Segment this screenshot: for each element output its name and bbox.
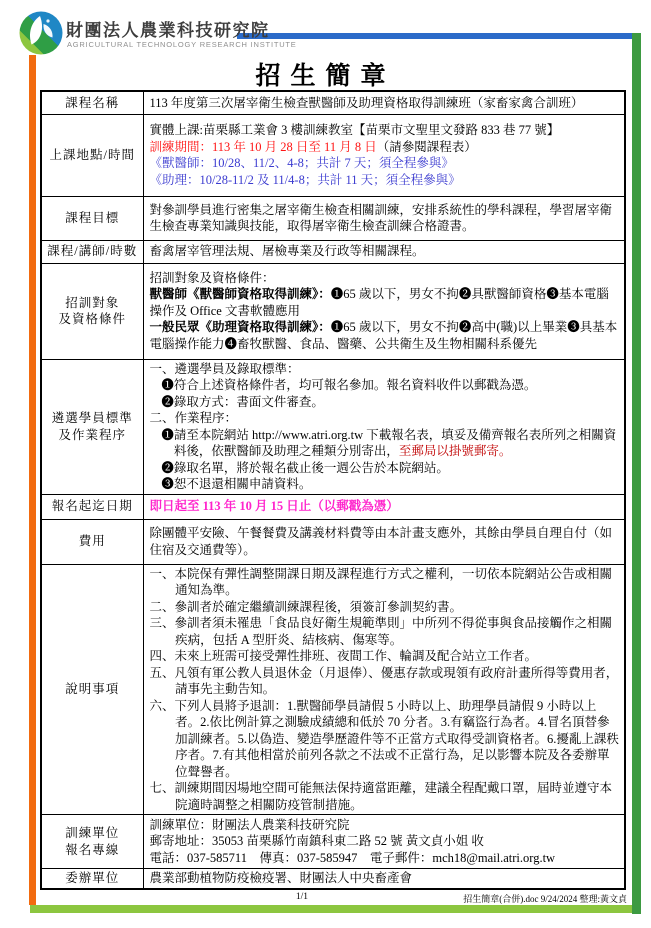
info-table-body: 課程名稱113 年度第三次屠宰衛生檢查獸醫師及助理資格取得訓練班（家畜家禽合訓班… bbox=[41, 91, 625, 889]
paragraph: ❷錄取方式：書面文件審查。 bbox=[161, 394, 620, 411]
text-segment: 一、遴選學員及錄取標準： bbox=[150, 362, 300, 376]
text-segment: 即日起至 113 年 10 月 15 日止（以郵戳為憑） bbox=[150, 499, 399, 513]
text-segment: 五、凡領有軍公教人員退休金（月退俸）、優惠存款或現領有政府計畫所得等費用者，請事… bbox=[150, 666, 619, 697]
paragraph: 畜禽屠宰管理法規、屠檢專業及行政等相關課程。 bbox=[150, 243, 621, 260]
paragraph: 即日起至 113 年 10 月 15 日止（以郵戳為憑） bbox=[150, 498, 621, 515]
text-segment: 訓練單位：財團法人農業科技研究院 bbox=[150, 818, 350, 832]
text-segment: 除團體平安險、午餐餐費及講義材料費等由本計畫支應外，其餘由學員自理自付（如住宿及… bbox=[150, 526, 613, 557]
row-label: 說明事項 bbox=[41, 564, 143, 815]
text-segment: 招訓對象及資格條件： bbox=[150, 271, 275, 285]
row-label: 費用 bbox=[41, 519, 143, 564]
document-page: 財團法人農業科技研究院 AGRICULTURAL TECHNOLOGY RESE… bbox=[0, 0, 651, 928]
text-segment: 訓練期間：113 年 10 月 28 日至 11 月 8 日 bbox=[150, 140, 377, 154]
row-label: 招訓對象及資格條件 bbox=[41, 263, 143, 359]
row-content: 訓練單位：財團法人農業科技研究院郵寄地址：35053 苗栗縣竹南鎮科東二路 52… bbox=[143, 815, 625, 869]
bottom-green-bar bbox=[30, 905, 632, 913]
atri-logo-icon bbox=[19, 11, 63, 55]
row-label: 委辦單位 bbox=[41, 869, 143, 889]
paragraph: ❶請至本院網站 http://www.atri.org.tw 下載報名表，填妥及… bbox=[161, 427, 620, 460]
paragraph: 五、凡領有軍公教人員退休金（月退俸）、優惠存款或現領有政府計畫所得等費用者，請事… bbox=[150, 665, 621, 698]
row-content: 實體上課:苗栗縣工業會 3 樓訓練教室【苗栗市文聖里文發路 833 巷 77 號… bbox=[143, 114, 625, 196]
text-segment: ❶符合上述資格條件者，均可報名參加。報名資料收件以郵戳為憑。 bbox=[161, 378, 536, 392]
row-content: 畜禽屠宰管理法規、屠檢專業及行政等相關課程。 bbox=[143, 240, 625, 263]
text-segment: 畜禽屠宰管理法規、屠檢專業及行政等相關課程。 bbox=[150, 244, 425, 258]
table-row: 說明事項一、本院保有彈性調整開課日期及課程進行方式之權利，一切依本院網站公告或相… bbox=[41, 564, 625, 815]
paragraph: 二、作業程序： bbox=[150, 410, 621, 427]
text-segment: 三、參訓者須未罹患「食品良好衛生規範準則」中所列不得從事與食品接觸作之相關疾病，… bbox=[150, 616, 613, 647]
paragraph: 對參訓學員進行密集之屠宰衛生檢查相關訓練，安排系統性的學科課程，學習屠宰衛生檢查… bbox=[150, 202, 621, 235]
text-segment: 一般民眾《助理資格取得訓練》： bbox=[150, 320, 331, 334]
paragraph: 郵寄地址：35053 苗栗縣竹南鎮科東二路 52 號 黃文貞小姐 收 bbox=[150, 833, 621, 850]
text-segment: ❷錄取方式：書面文件審查。 bbox=[161, 395, 324, 409]
paragraph: 《獸醫師：10/28、11/2、4-8；共計 7 天；須全程參與》 bbox=[150, 155, 621, 172]
paragraph: 獸醫師《獸醫師資格取得訓練》：❶65 歲以下，男女不拘❷具獸醫師資格❸基本電腦操… bbox=[150, 286, 621, 319]
row-label: 課程名稱 bbox=[41, 91, 143, 114]
text-segment: 實體上課:苗栗縣工業會 3 樓訓練教室【苗栗市文聖里文發路 833 巷 77 號… bbox=[150, 123, 560, 137]
paragraph: 招訓對象及資格條件： bbox=[150, 270, 621, 287]
row-label: 課程/講師/時數 bbox=[41, 240, 143, 263]
table-row: 報名起迄日期即日起至 113 年 10 月 15 日止（以郵戳為憑） bbox=[41, 494, 625, 519]
text-segment: （請參閱課程表） bbox=[377, 140, 477, 154]
text-segment: 六、下列人員將予退訓：1.獸醫師學員請假 5 小時以上、助理學員請假 9 小時以… bbox=[150, 699, 619, 779]
text-segment: 郵寄地址：35053 苗栗縣竹南鎮科東二路 52 號 黃文貞小姐 收 bbox=[150, 834, 484, 848]
row-label: 上課地點/時間 bbox=[41, 114, 143, 196]
text-segment: ❸恕不退還相關申請資料。 bbox=[161, 477, 311, 491]
paragraph: 訓練期間：113 年 10 月 28 日至 11 月 8 日（請參閱課程表） bbox=[150, 139, 621, 156]
paragraph: 《助理：10/28-11/2 及 11/4-8；共計 11 天；須全程參與》 bbox=[150, 172, 621, 189]
paragraph: 113 年度第三次屠宰衛生檢查獸醫師及助理資格取得訓練班（家畜家禽合訓班） bbox=[150, 95, 621, 112]
paragraph: 除團體平安險、午餐餐費及講義材料費等由本計畫支應外，其餘由學員自理自付（如住宿及… bbox=[150, 525, 621, 558]
text-segment: 對參訓學員進行密集之屠宰衛生檢查相關訓練，安排系統性的學科課程，學習屠宰衛生檢查… bbox=[150, 203, 613, 234]
row-content: 招訓對象及資格條件：獸醫師《獸醫師資格取得訓練》：❶65 歲以下，男女不拘❷具獸… bbox=[143, 263, 625, 359]
row-label: 訓練單位報名專線 bbox=[41, 815, 143, 869]
table-row: 費用除團體平安險、午餐餐費及講義材料費等由本計畫支應外，其餘由學員自理自付（如住… bbox=[41, 519, 625, 564]
paragraph: 農業部動植物防疫檢疫署、財團法人中央畜產會 bbox=[150, 870, 621, 887]
table-row: 訓練單位報名專線訓練單位：財團法人農業科技研究院郵寄地址：35053 苗栗縣竹南… bbox=[41, 815, 625, 869]
text-segment: 四、未來上班需可接受彈性排班、夜間工作、輪調及配合站立工作者。 bbox=[150, 649, 538, 663]
right-green-bar bbox=[632, 33, 641, 914]
org-name-en: AGRICULTURAL TECHNOLOGY RESEARCH INSTITU… bbox=[67, 40, 297, 49]
paragraph: 六、下列人員將予退訓：1.獸醫師學員請假 5 小時以上、助理學員請假 9 小時以… bbox=[150, 698, 621, 781]
row-label: 課程目標 bbox=[41, 196, 143, 240]
paragraph: 電話：037-585711 傳真：037-585947 電子郵件：mch18@m… bbox=[150, 850, 621, 867]
paragraph: 二、參訓者於確定繼續訓練課程後，須簽訂參訓契約書。 bbox=[150, 599, 621, 616]
paragraph: 一、遴選學員及錄取標準： bbox=[150, 361, 621, 378]
text-segment: 《獸醫師：10/28、11/2、4-8；共計 7 天；須全程參與》 bbox=[150, 156, 454, 170]
paragraph: ❶符合上述資格條件者，均可報名參加。報名資料收件以郵戳為憑。 bbox=[161, 377, 620, 394]
row-content: 農業部動植物防疫檢疫署、財團法人中央畜產會 bbox=[143, 869, 625, 889]
paragraph: 三、參訓者須未罹患「食品良好衛生規範準則」中所列不得從事與食品接觸作之相關疾病，… bbox=[150, 615, 621, 648]
table-row: 上課地點/時間實體上課:苗栗縣工業會 3 樓訓練教室【苗栗市文聖里文發路 833… bbox=[41, 114, 625, 196]
text-segment: 獸醫師《獸醫師資格取得訓練》： bbox=[150, 287, 331, 301]
text-segment: 電話：037-585711 傳真：037-585947 電子郵件：mch18@m… bbox=[150, 851, 556, 865]
row-content: 一、本院保有彈性調整開課日期及課程進行方式之權利，一切依本院網站公告或相關通知為… bbox=[143, 564, 625, 815]
text-segment: 113 年度第三次屠宰衛生檢查獸醫師及助理資格取得訓練班（家畜家禽合訓班） bbox=[150, 96, 584, 110]
top-blue-line bbox=[237, 33, 641, 39]
text-segment: 農業部動植物防疫檢疫署、財團法人中央畜產會 bbox=[150, 871, 413, 885]
paragraph: 四、未來上班需可接受彈性排班、夜間工作、輪調及配合站立工作者。 bbox=[150, 648, 621, 665]
row-content: 對參訓學員進行密集之屠宰衛生檢查相關訓練，安排系統性的學科課程，學習屠宰衛生檢查… bbox=[143, 196, 625, 240]
text-segment: 二、參訓者於確定繼續訓練課程後，須簽訂參訓契約書。 bbox=[150, 600, 463, 614]
left-orange-bar bbox=[29, 55, 36, 905]
text-segment: 七、訓練期間因場地空間可能無法保持適當距離，建議全程配戴口罩，屆時並遵守本院適時… bbox=[150, 781, 613, 812]
row-content: 即日起至 113 年 10 月 15 日止（以郵戳為憑） bbox=[143, 494, 625, 519]
paragraph: ❷錄取名單，將於報名截止後一週公告於本院網站。 bbox=[161, 460, 620, 477]
paragraph: 一、本院保有彈性調整開課日期及課程進行方式之權利，一切依本院網站公告或相關通知為… bbox=[150, 566, 621, 599]
footer-file-info: 招生簡章(合併).doc 9/24/2024 整理:黃文貞 bbox=[463, 892, 627, 905]
text-segment: 至郵局以掛號郵寄。 bbox=[399, 444, 512, 458]
paragraph: 七、訓練期間因場地空間可能無法保持適當距離，建議全程配戴口罩，屆時並遵守本院適時… bbox=[150, 780, 621, 813]
paragraph: 訓練單位：財團法人農業科技研究院 bbox=[150, 817, 621, 834]
page-title: 招生簡章 bbox=[0, 56, 651, 92]
row-content: 除團體平安險、午餐餐費及講義材料費等由本計畫支應外，其餘由學員自理自付（如住宿及… bbox=[143, 519, 625, 564]
row-content: 113 年度第三次屠宰衛生檢查獸醫師及助理資格取得訓練班（家畜家禽合訓班） bbox=[143, 91, 625, 114]
text-segment: 二、作業程序： bbox=[150, 411, 238, 425]
table-row: 課程/講師/時數畜禽屠宰管理法規、屠檢專業及行政等相關課程。 bbox=[41, 240, 625, 263]
table-row: 委辦單位農業部動植物防疫檢疫署、財團法人中央畜產會 bbox=[41, 869, 625, 889]
info-table: 課程名稱113 年度第三次屠宰衛生檢查獸醫師及助理資格取得訓練班（家畜家禽合訓班… bbox=[40, 90, 626, 890]
text-segment: ❷錄取名單，將於報名截止後一週公告於本院網站。 bbox=[161, 461, 449, 475]
table-row: 課程目標對參訓學員進行密集之屠宰衛生檢查相關訓練，安排系統性的學科課程，學習屠宰… bbox=[41, 196, 625, 240]
org-name: 財團法人農業科技研究院 bbox=[66, 16, 270, 41]
table-row: 課程名稱113 年度第三次屠宰衛生檢查獸醫師及助理資格取得訓練班（家畜家禽合訓班… bbox=[41, 91, 625, 114]
paragraph: 一般民眾《助理資格取得訓練》：❶65 歲以下，男女不拘❷高中(職)以上畢業❸具基… bbox=[150, 319, 621, 352]
text-segment: ❶請至本院網站 http://www.atri.org.tw 下載報名表，填妥及… bbox=[161, 428, 616, 459]
row-label: 報名起迄日期 bbox=[41, 494, 143, 519]
row-content: 一、遴選學員及錄取標準：❶符合上述資格條件者，均可報名參加。報名資料收件以郵戳為… bbox=[143, 359, 625, 494]
paragraph: 實體上課:苗栗縣工業會 3 樓訓練教室【苗栗市文聖里文發路 833 巷 77 號… bbox=[150, 122, 621, 139]
table-row: 招訓對象及資格條件招訓對象及資格條件：獸醫師《獸醫師資格取得訓練》：❶65 歲以… bbox=[41, 263, 625, 359]
text-segment: 一、本院保有彈性調整開課日期及課程進行方式之權利，一切依本院網站公告或相關通知為… bbox=[150, 567, 613, 598]
paragraph: ❸恕不退還相關申請資料。 bbox=[161, 476, 620, 493]
text-segment: 《助理：10/28-11/2 及 11/4-8；共計 11 天；須全程參與》 bbox=[150, 173, 461, 187]
table-row: 遴選學員標準及作業程序一、遴選學員及錄取標準：❶符合上述資格條件者，均可報名參加… bbox=[41, 359, 625, 494]
row-label: 遴選學員標準及作業程序 bbox=[41, 359, 143, 494]
